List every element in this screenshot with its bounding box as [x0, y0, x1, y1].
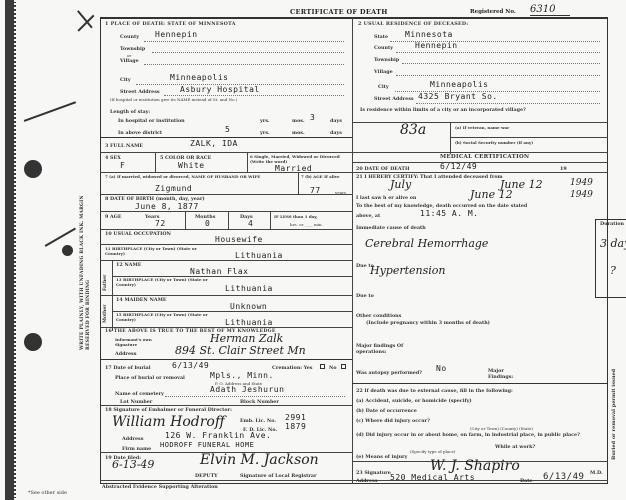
age-days: 4	[248, 219, 253, 228]
divider	[112, 260, 113, 295]
certify-label: 21 I HEREBY CERTIFY: That I attended dec…	[356, 174, 503, 180]
divider	[185, 211, 186, 229]
where-note: (City or Town) (County) (State)	[470, 426, 533, 431]
res-township-label: Township	[374, 57, 399, 63]
md-label: M.D.	[590, 470, 603, 476]
res-city: Minneapolis	[430, 80, 488, 89]
occurrence-label: (b) Date of occurrence	[356, 408, 417, 414]
father-side-label: Father	[103, 266, 108, 291]
due-to-duration: ?	[610, 264, 616, 277]
attended-from: July	[390, 178, 411, 191]
dotline	[144, 41, 344, 42]
registered-number: 6310	[530, 4, 570, 16]
father-birthplace: Lithuania	[225, 284, 273, 293]
medical-cert-title: MEDICAL CERTIFICATION	[440, 154, 529, 160]
registrar-label: Signature of Local Registrar	[240, 473, 317, 479]
binding-instruction: WRITE PLAINLY, WITH UNFADING BLACK INK. …	[80, 180, 94, 350]
age-label: 9 AGE	[105, 214, 121, 220]
home-injury-label: (d) Did injury occur in or about home, o…	[356, 432, 606, 438]
date-filed: 6-13-49	[112, 458, 154, 471]
divider	[100, 244, 352, 245]
res-street: 4325 Bryant So.	[418, 92, 498, 101]
death-street: Asbury Hospital	[180, 85, 260, 94]
divider	[352, 172, 608, 173]
means-injury-label: (e) Means of injury	[356, 454, 407, 460]
residence-header: 2 USUAL RESIDENCE OF DECEASED:	[358, 21, 468, 27]
physician-address-label: Address	[356, 478, 377, 484]
mos-label: mos.	[292, 118, 305, 124]
where-injury-label: (c) Where did injury occur?	[356, 418, 430, 424]
abstracted-evidence-label: Abstracted Evidence Supporting Alteratio…	[102, 484, 218, 490]
physician-date: 6/13/49	[543, 472, 584, 482]
color-race: White	[178, 161, 205, 170]
divider	[228, 211, 229, 229]
fd-lic-number: 1879	[285, 422, 306, 431]
center-divider	[352, 18, 353, 484]
cremation-yes-checkbox[interactable]	[320, 364, 325, 369]
res-county-label: County	[374, 45, 393, 51]
township-label: Township	[120, 46, 145, 52]
last-saw-date: June 12	[470, 188, 513, 201]
dotline	[164, 95, 344, 96]
firm-name: HODROFF FUNERAL HOME	[160, 441, 254, 449]
time-of-death: 11:45 A. M.	[420, 209, 478, 218]
mos-label: mos.	[292, 130, 305, 136]
informant-address: 894 St. Clair Street Mn	[175, 344, 306, 357]
divider	[100, 211, 352, 212]
marital-label: 6 Single, Married, Widowed or Divorced (…	[250, 154, 350, 164]
duration-box	[595, 219, 626, 298]
immediate-cause: Cerebral Hemorrhage	[365, 237, 488, 250]
pen-mark-2	[45, 228, 76, 247]
binding-edge	[5, 0, 16, 500]
divider	[247, 152, 248, 172]
divider	[100, 229, 352, 230]
full-name: ZALK, IDA	[190, 139, 238, 148]
dotline	[152, 52, 344, 53]
see-other-side-note: *See other side	[28, 490, 67, 496]
cemetery-name: Adath Jeshurun	[210, 385, 284, 394]
burial-date-label: 17 Date of burial	[105, 365, 151, 371]
death-county: Hennepin	[155, 30, 198, 39]
dotline	[396, 75, 600, 76]
funeral-address: 126 W. Franklin Ave.	[165, 431, 271, 440]
cremation-label: Cremation: Yes	[272, 365, 313, 371]
divider	[100, 260, 352, 261]
burial-place-label: Place of burial or removal	[115, 375, 185, 381]
age-years: 72	[155, 219, 166, 228]
within-limits-label: Is residence within limits of a city or …	[360, 107, 595, 113]
attended-year: 1949	[570, 178, 593, 188]
informant-sig-label: Informant's own Signature	[115, 337, 175, 347]
days-label: days	[330, 118, 342, 124]
age-months: 0	[205, 219, 210, 228]
last-saw-label: I last saw h er alive on	[356, 195, 416, 201]
informant-address-label: Address	[115, 351, 136, 357]
sex: F	[120, 161, 125, 170]
spouse-age-label: 7 (b) AGE If alive	[301, 174, 351, 179]
res-county: Hennepin	[415, 41, 458, 50]
death-certificate-page: WRITE PLAINLY, WITH UNFADING BLACK INK. …	[0, 0, 626, 500]
death-city: Minneapolis	[170, 73, 228, 82]
birthplace-label: 11 BIRTHPLACE (City or Town) (State or C…	[105, 246, 205, 256]
emb-lic-number: 2991	[285, 413, 306, 422]
immediate-duration: 3 days	[600, 237, 626, 250]
divider	[352, 152, 608, 153]
autopsy-label: Was autopsy performed?	[356, 370, 422, 376]
mother-maiden-name: Unknown	[230, 302, 267, 311]
funeral-address-label: Address	[122, 436, 143, 442]
hrs-min-label: hrs. or ____ min.	[290, 222, 323, 227]
ssn-label: (b) Social Security number (if any)	[455, 140, 533, 145]
emb-lic-label: Emb. Lic. No.	[240, 418, 276, 424]
registrar-signature: Elvin M. Jackson	[200, 452, 319, 468]
autopsy-findings-label: Major Findings:	[488, 368, 518, 380]
divider	[352, 122, 608, 123]
autopsy-answer: No	[436, 364, 447, 373]
occupation-label: 10 USUAL OCCUPATION	[105, 231, 171, 237]
street-label: Street Address	[120, 89, 160, 95]
burial-date: 6/13/49	[172, 361, 209, 370]
dotline	[402, 63, 600, 64]
divider	[298, 172, 299, 194]
mother-side-label: Mother	[103, 298, 108, 323]
divider	[155, 152, 156, 172]
res-city-label: City	[378, 84, 389, 90]
veteran-label: (a) If veteran, name war	[455, 125, 509, 130]
due-to-2-label: Due to	[356, 293, 374, 299]
divider	[450, 122, 451, 154]
above-at-label: above, at	[356, 213, 380, 219]
mother-maiden-label: 14 MAIDEN NAME	[116, 297, 167, 303]
duration-label: Duration	[600, 221, 624, 227]
county-label: County	[120, 34, 139, 40]
cemetery-label: Name of cemetery	[115, 391, 164, 397]
specify-place-label: (Specify type of place)	[410, 449, 455, 454]
divider	[100, 172, 352, 173]
dotline	[396, 52, 600, 53]
res-state-label: State	[374, 34, 388, 40]
punch-hole-top	[24, 160, 42, 178]
handwritten-code: 83a	[400, 122, 426, 138]
dotline	[144, 64, 344, 65]
city-label: City	[120, 77, 131, 83]
spouse-name: Zigmund	[155, 184, 192, 193]
full-name-label: 3 FULL NAME	[105, 143, 143, 149]
other-conditions-note: (Include pregnancy within 3 months of de…	[366, 320, 490, 326]
dotline	[416, 103, 600, 104]
cremation-no-checkbox[interactable]	[341, 364, 346, 369]
in-district-label: In above district	[118, 130, 162, 136]
certificate-form: CERTIFICATE OF DEATH Registered No. 6310…	[100, 6, 608, 484]
funeral-director-label: 18 Signature of Embalmer or Funeral Dire…	[105, 407, 232, 413]
divider	[100, 194, 352, 195]
father-name: Nathan Flax	[190, 267, 248, 276]
divider	[352, 383, 608, 384]
date-of-birth: June 8, 1877	[135, 202, 199, 211]
burial-place: Mpls., Minn.	[210, 371, 274, 380]
punch-hole-bottom	[24, 333, 42, 351]
divider	[100, 152, 352, 153]
divider	[270, 211, 271, 229]
village-label: Village	[120, 58, 139, 64]
father-birthplace-label: 13 BIRTHPLACE (City or Town) (State or C…	[116, 277, 226, 287]
res-street-label: Street Address	[374, 96, 414, 102]
physician-address: 520 Medical Arts	[390, 473, 475, 482]
res-state: Minnesota	[405, 30, 453, 39]
date-of-death: 6/12/49	[440, 162, 477, 171]
spouse-label: 7 (a) If married, widowed or divorced, N…	[105, 174, 295, 179]
due-to-cause: Hypertension	[370, 264, 446, 277]
cremation-no-label: No	[329, 365, 337, 371]
accident-label: (a) Accident, suicide, or homicide (spec…	[356, 398, 472, 404]
less-than-day-label: IF LESS than 1 day,	[274, 214, 318, 219]
funeral-director-signature: William Hodroff	[112, 414, 225, 430]
registered-label: Registered No.	[470, 9, 516, 15]
divider	[450, 137, 608, 138]
other-conditions-label: Other conditions	[356, 313, 401, 319]
yrs-label: yrs.	[260, 118, 270, 124]
punch-hole-small	[62, 245, 73, 256]
divider	[100, 295, 352, 296]
deputy-label: DEPUTY	[195, 473, 218, 479]
last-saw-year: 1949	[570, 190, 593, 200]
place-of-death-header: 1 PLACE OF DEATH: STATE OF MINNESOTA	[105, 21, 236, 27]
length-of-stay-label: Length of stay:	[110, 109, 150, 115]
district-years: 5	[225, 125, 230, 134]
physician-signature: W. J. Shapiro	[430, 458, 520, 474]
physician-sig-label: 23 Signature	[356, 470, 391, 476]
pen-mark-4	[77, 15, 94, 32]
pen-mark	[24, 101, 76, 121]
birthplace: Lithuania	[235, 251, 283, 260]
divider	[112, 295, 113, 331]
dotline	[165, 396, 345, 397]
while-at-work-label: While at work?	[495, 444, 535, 450]
hospital-days: 3	[310, 113, 315, 122]
divider	[100, 359, 352, 360]
father-name-label: 12 NAME	[116, 262, 141, 268]
yrs-label: yrs.	[260, 130, 270, 136]
divider	[100, 405, 352, 406]
mother-birthplace: Lithuania	[225, 318, 273, 327]
in-hospital-label: In hospital or institution	[118, 118, 185, 124]
divider	[100, 327, 352, 328]
res-village-label: Village	[374, 69, 393, 75]
occupation: Housewife	[215, 235, 263, 244]
street-note: (If hospital or institution give its NAM…	[110, 97, 237, 102]
external-cause-label: 22 If death was due to external cause, f…	[356, 388, 513, 394]
certificate-title: CERTIFICATE OF DEATH	[290, 8, 388, 16]
immediate-cause-label: Immediate cause of death	[356, 225, 426, 231]
physician-date-label: Date	[520, 478, 533, 484]
mother-birthplace-label: 15 BIRTHPLACE (City or Town) (State or C…	[116, 312, 226, 322]
divider	[100, 137, 352, 138]
days-label: days	[330, 130, 342, 136]
sex-label: 4 SEX	[105, 155, 121, 161]
major-findings-label: Major findings Of operations:	[356, 343, 416, 355]
divider	[352, 162, 608, 163]
